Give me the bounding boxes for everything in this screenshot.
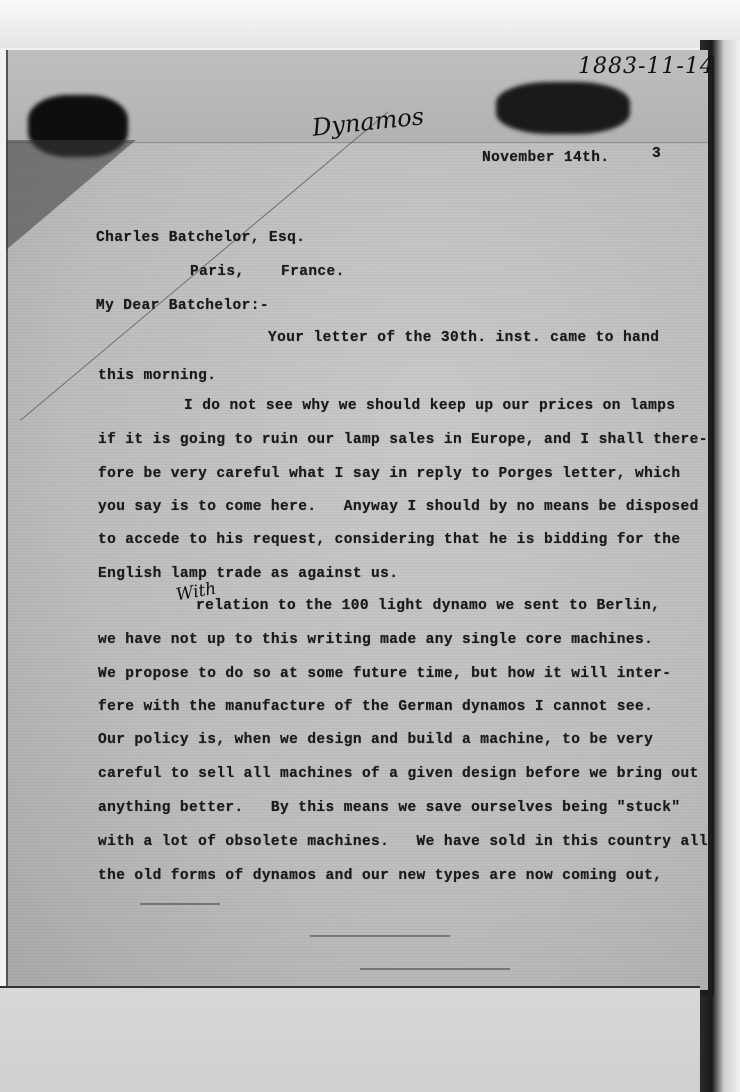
ink-smudge-right — [496, 82, 630, 134]
salutation: My Dear Batchelor:- — [96, 298, 269, 314]
underlying-page — [0, 986, 700, 1092]
page-number: 3 — [652, 146, 661, 162]
body-line: English lamp trade as against us. — [98, 566, 398, 582]
body-line: this morning. — [98, 368, 216, 384]
body-line: fore be very careful what I say in reply… — [98, 466, 681, 482]
bleed-through-mark — [360, 968, 510, 970]
body-line: We propose to do so at some future time,… — [98, 666, 671, 682]
bleed-through-mark — [310, 935, 450, 937]
archive-date: 1883-11-14 — [578, 54, 715, 79]
body-line: the old forms of dynamos and our new typ… — [98, 868, 662, 884]
scan-top-margin — [0, 0, 740, 48]
body-line: to accede to his request, considering th… — [98, 532, 681, 548]
body-line: careful to sell all machines of a given … — [98, 766, 699, 782]
body-line: relation to the 100 light dynamo we sent… — [196, 598, 660, 614]
body-line: with a lot of obsolete machines. We have… — [98, 834, 708, 850]
addressee-name: Charles Batchelor, Esq. — [96, 230, 305, 246]
addressee-location: Paris, France. — [190, 264, 345, 280]
body-line: I do not see why we should keep up our p… — [184, 398, 675, 414]
dateline: November 14th. — [482, 150, 609, 166]
bleed-through-mark — [140, 903, 220, 905]
body-line: we have not up to this writing made any … — [98, 632, 653, 648]
body-line: anything better. By this means we save o… — [98, 800, 681, 816]
body-line: fere with the manufacture of the German … — [98, 699, 653, 715]
body-line: you say is to come here. Anyway I should… — [98, 499, 699, 515]
body-line: Your letter of the 30th. inst. came to h… — [268, 330, 659, 346]
body-line: if it is going to ruin our lamp sales in… — [98, 432, 708, 448]
body-line: Our policy is, when we design and build … — [98, 732, 653, 748]
